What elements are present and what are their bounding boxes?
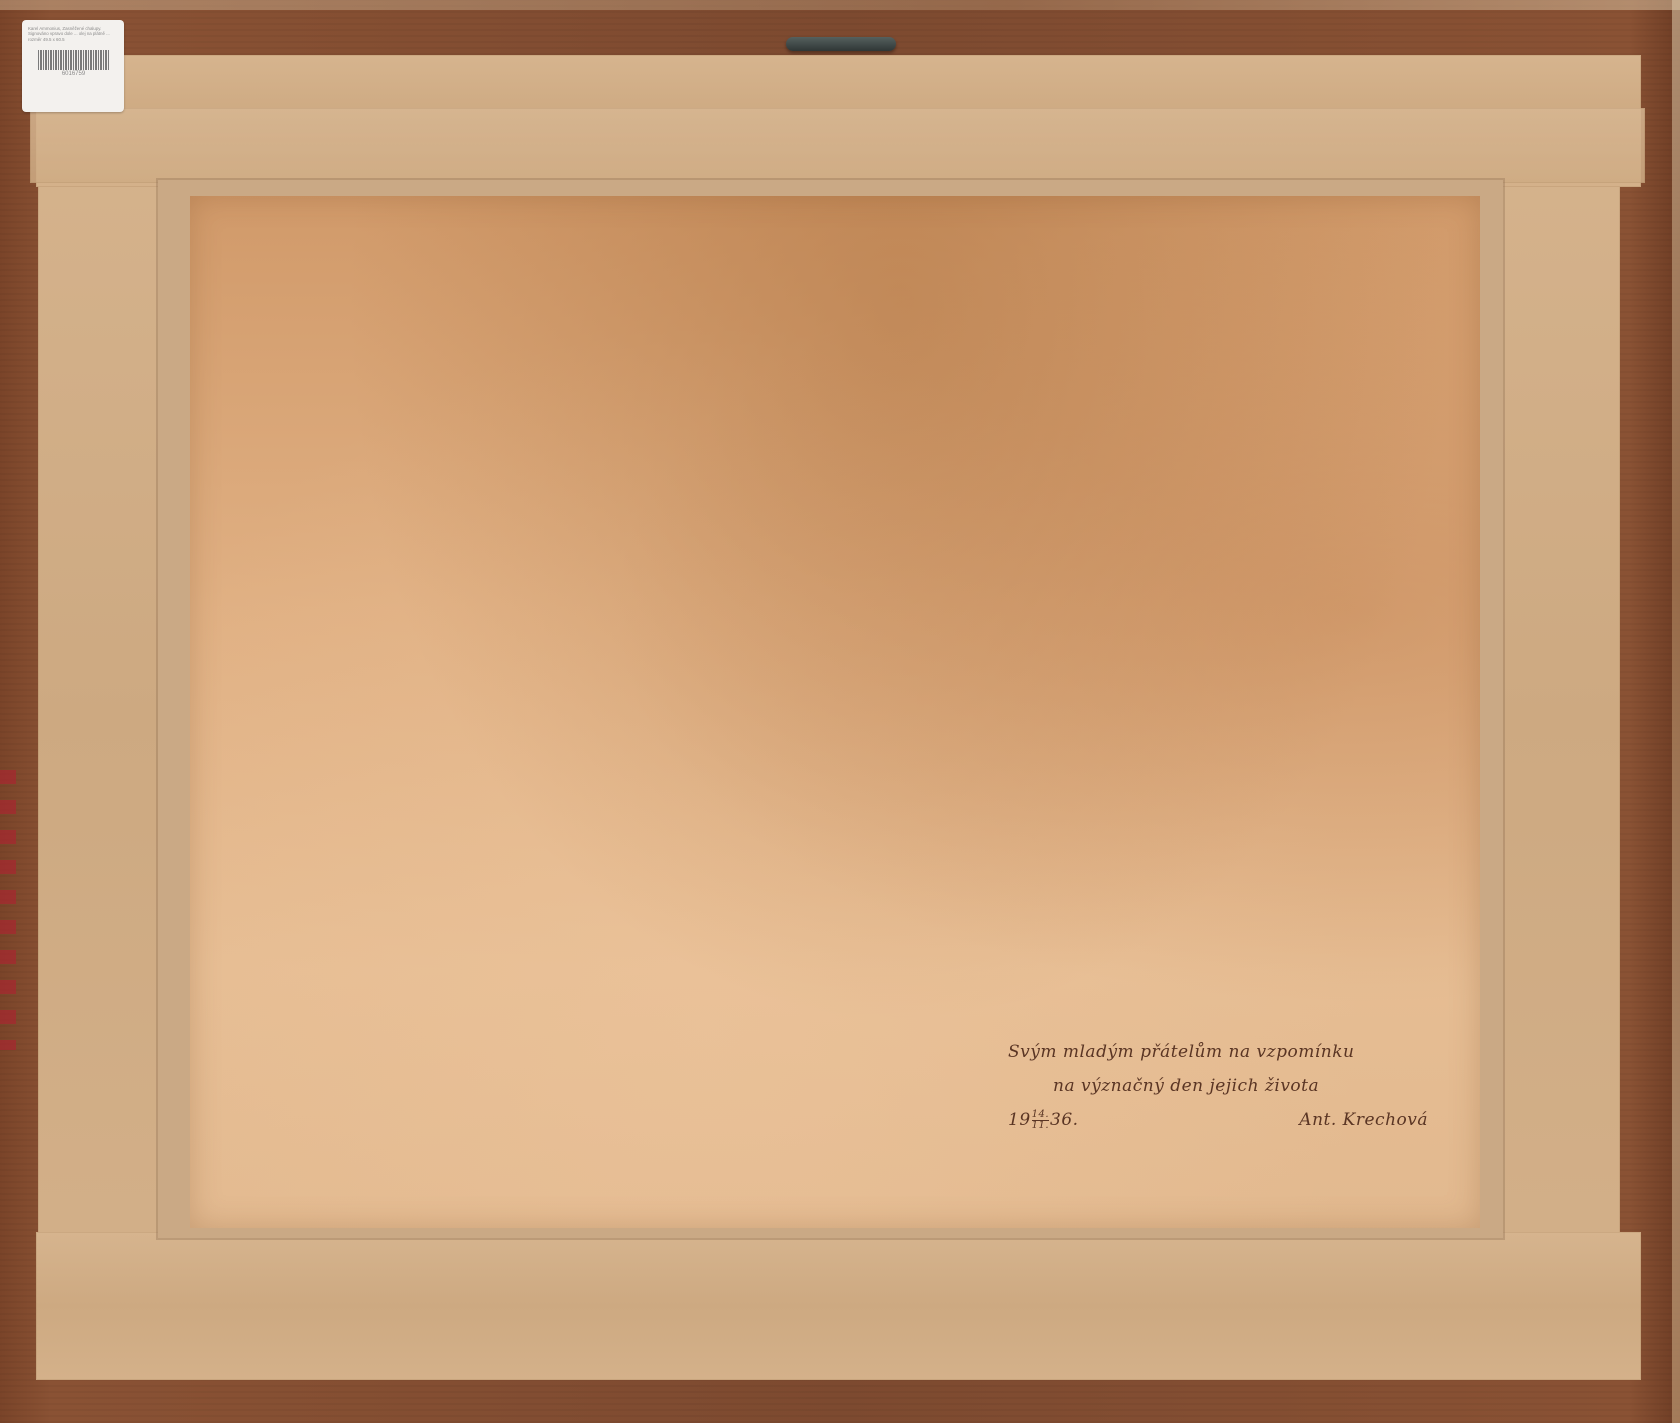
label-description: Karel Ammonius, Zasněžené chalupy. Signo…: [28, 26, 119, 42]
barcode-number: 6016759: [28, 71, 119, 77]
paper-tape-bottom: [36, 1232, 1641, 1380]
paper-tape-right: [1500, 55, 1620, 1380]
paper-tape-top-overlap: [30, 108, 1645, 183]
inscription-signature: Ant. Krechová: [1299, 1103, 1428, 1137]
frame-wear-top: [0, 0, 1680, 10]
inscription-line-1: Svým mladým přátelům na vzpomínku: [1008, 1035, 1448, 1069]
barcode-icon: [38, 50, 110, 70]
handwritten-inscription: Svým mladým přátelům na vzpomínku na výz…: [1008, 1035, 1448, 1137]
frame-wear-right: [1672, 0, 1680, 1423]
inventory-label: Karel Ammonius, Zasněžené chalupy. Signo…: [22, 20, 124, 112]
paper-tape-left: [38, 55, 162, 1380]
inscription-date-signature: 1914.11.36. Ant. Krechová: [1008, 1103, 1448, 1137]
red-paint-marks: [0, 770, 16, 1050]
inscription-date: 1914.11.36.: [1008, 1103, 1079, 1137]
hanger-hook-icon: [786, 37, 896, 51]
inscription-line-2: na význačný den jejich života: [1008, 1069, 1448, 1103]
